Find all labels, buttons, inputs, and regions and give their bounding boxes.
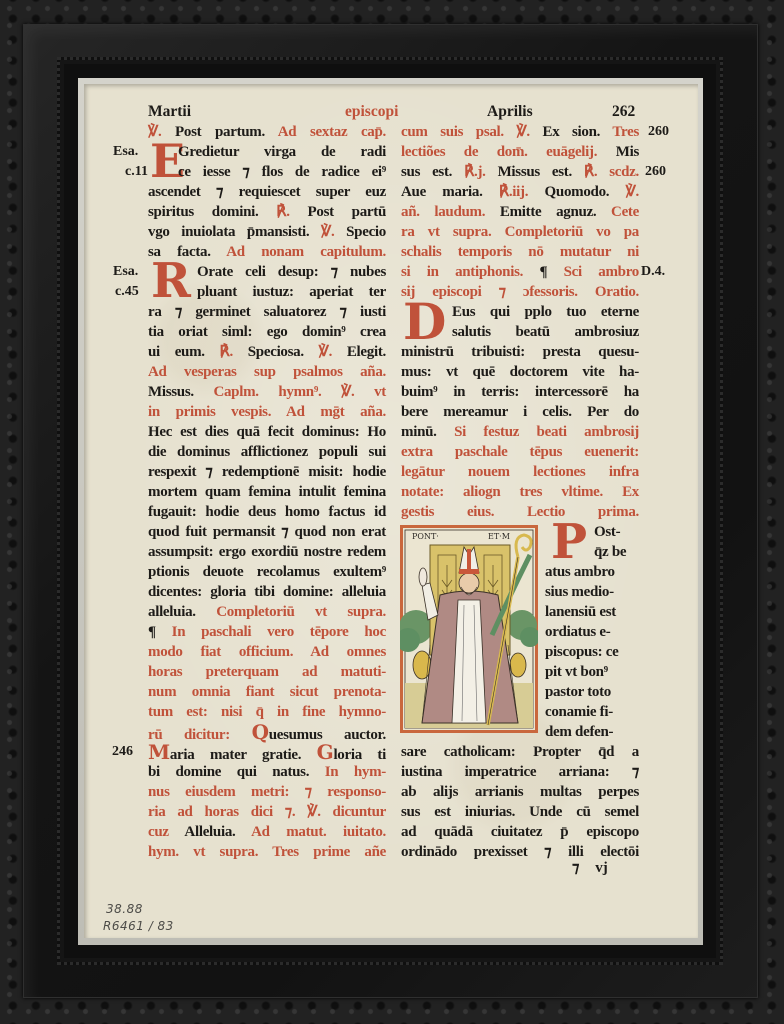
body-text: Specio [346, 224, 386, 240]
body-text: pluant iustuz: aperiat ter [197, 284, 386, 300]
body-text: mus: vt quē doctorem vite ha- [401, 364, 639, 380]
text-line: Orate celi desup: ⁊ nubes [197, 262, 386, 282]
rubric-text: Ad vesperas sup psalmos aña. [148, 364, 386, 380]
rubric-text: Ad matut. iuitato. [251, 824, 386, 840]
body-text: lanensiū est [545, 604, 616, 620]
rubric-text: Si festuz beati ambrosij [454, 424, 639, 440]
body-text: ordiatus e- [545, 624, 610, 640]
body-text: Gredietur virga de radi [178, 144, 386, 160]
text-line: bi domine qui natus. In hym- [148, 762, 386, 782]
rubricated-initial: G [317, 740, 334, 764]
body-text: Missus est. [498, 164, 584, 180]
body-text: sare catholicam: Propter q̄d a [401, 744, 639, 760]
body-text: alleluia. [148, 604, 216, 620]
body-text: ministrū tribuisti: presta quesu- [401, 344, 639, 360]
body-text: bere mereamur i celis. Per do [401, 404, 639, 420]
rubric-text: ℟.j. [464, 164, 498, 180]
text-line: ra vt supra. Completoriū vo pa [401, 222, 639, 242]
rubric-text: ria ad horas dici ⁊. ℣. dicuntur [148, 804, 386, 820]
text-line: extra paschale tēpus euenerit: [401, 442, 639, 462]
body-text: q̄z be [594, 544, 626, 560]
text-line: atus ambro [545, 562, 639, 582]
body-text: sa facta. [148, 244, 226, 260]
body-text: Emitte agnuz. [500, 204, 611, 220]
body-text: buim⁹ in terris: intercessorē ha [401, 384, 639, 400]
body-text: bi domine qui natus. [148, 764, 325, 780]
rubric-text: cum suis psal. ℣. [401, 124, 542, 140]
body-text: Ex sion. [542, 124, 612, 140]
text-line: bere mereamur i celis. Per do [401, 402, 639, 422]
text-line: Maria mater gratie. Gloria ti [148, 742, 386, 762]
text-line: notate: aliogn tres vltime. Ex [401, 482, 639, 502]
rubric-text: schalis temporis nō mutatur ni [401, 244, 639, 260]
text-line: lectiões de dom̄. euāgelij. Mis [401, 142, 639, 162]
rubric-text: añ. laudum. [401, 204, 500, 220]
text-line: iustina imperatrice arriana: ⁊ [401, 762, 639, 782]
body-text: Speciosa. [248, 344, 319, 360]
text-line: salutis beatū ambrosiuz [452, 322, 639, 342]
text-line: respexit ⁊ redemptionē misit: hodie [148, 462, 386, 482]
body-text: atus ambro [545, 564, 615, 580]
body-text: Hec est dies quā fecit dominus: Ho [148, 424, 386, 440]
rubric-text: In hym- [325, 764, 386, 780]
body-text: iustina imperatrice arriana: ⁊ [401, 764, 639, 780]
text-line: assumpsit: ergo exordiū nostre redem [148, 542, 386, 562]
body-text: ui eum. [148, 344, 220, 360]
body-text: ab alijs arrianis multas perpes [401, 784, 639, 800]
body-text: Post partū [308, 204, 386, 220]
body-text: dem defen- [545, 724, 613, 740]
text-line: Ost- [594, 522, 639, 542]
margin-note: c.45 [115, 282, 139, 302]
rubricated-initial: Q [252, 720, 269, 744]
text-line: sius medio- [545, 582, 639, 602]
body-text: pit vt bon⁹ [545, 664, 608, 680]
body-text: ce iesse ⁊ flos de radice ei⁹ [178, 164, 386, 180]
rubric-text: ℣. [319, 344, 347, 360]
rubric-text: cuz [148, 824, 184, 840]
text-line: spiritus domini. ℟. Post partū [148, 202, 386, 222]
text-line: quod fuit permansit ⁊ quod non erat [148, 522, 386, 542]
margin-note: Esa. [113, 262, 138, 282]
body-text: sus est. [401, 164, 464, 180]
text-line: mus: vt quē doctorem vite ha- [401, 362, 639, 382]
rubric-text: extra paschale tēpus euenerit: [401, 444, 639, 460]
rubric-text: ℣. [148, 124, 175, 140]
text-line: ad quādā ciuitatez p̄ episcopo [401, 822, 639, 842]
header-title: episcopi [345, 102, 398, 122]
text-line: ui eum. ℟. Speciosa. ℣. Elegit. [148, 342, 386, 362]
body-text: sius medio- [545, 584, 614, 600]
margin-note: 260 [648, 122, 669, 142]
margin-note: 246 [112, 742, 133, 762]
text-line: conamie fi- [545, 702, 639, 722]
rubric-text: tum est: nisi q̄ in fine hymno- [148, 704, 386, 720]
text-line: horas preterquam ad matuti- [148, 662, 386, 682]
body-text: ascendet ⁊ requiescet super euz [148, 184, 386, 200]
text-line: alleluia. Completoriū vt supra. [148, 602, 386, 622]
text-line: fugauit: hodie deus homo factus id [148, 502, 386, 522]
text-line: sus est iniurias. Unde cū semel [401, 802, 639, 822]
rubric-text: in primis vespis. Ad mḡt aña. [148, 404, 386, 420]
text-line: rū dicitur: Quesumus auctor. [148, 722, 386, 742]
rubric-text: legātur nouem lectiones infra [401, 464, 639, 480]
body-text: pastor toto [545, 684, 611, 700]
text-line: Eus qui pplo tuo eterne [452, 302, 639, 322]
rubric-text: Sci ambro [564, 264, 639, 280]
body-text: vgo inuiolata p̄mansisti. [148, 224, 321, 240]
text-line: añ. laudum. Emitte agnuz. Cete [401, 202, 639, 222]
text-line: sus est. ℟.j. Missus est. ℟. scdz. [401, 162, 639, 182]
text-line: q̄z be [594, 542, 639, 562]
text-line: dem defen- [545, 722, 639, 742]
rubric-text: Tres [612, 124, 639, 140]
rubricated-initial: M [148, 740, 170, 764]
rubric-text: Lectio prima. [527, 504, 639, 520]
header-month-left: Martii [148, 102, 191, 122]
body-text: piscopus: ce [545, 644, 619, 660]
body-text: Elegit. [347, 344, 386, 360]
header-month-right: Aprilis [487, 102, 533, 122]
text-line: ab alijs arrianis multas perpes [401, 782, 639, 802]
text-line: lanensiū est [545, 602, 639, 622]
rubric-text: notate: aliogn tres vltime. Ex [401, 484, 639, 500]
body-text: Missus. [148, 384, 213, 400]
body-text: Alleluia. [184, 824, 251, 840]
text-line: pit vt bon⁹ [545, 662, 639, 682]
rubric-text: In paschali vero tēpore hoc [172, 624, 386, 640]
woodcut-illustration-bishop: PONT· ET·M [400, 525, 538, 733]
text-line: dicentes: gloria tibi domine: alleluia [148, 582, 386, 602]
pencil-reference-number: R6461 / 83 [103, 919, 174, 933]
body-text: Ost- [594, 524, 620, 540]
body-text: ptionis deuote recolamus exultem⁹ [148, 564, 386, 580]
text-line: Aue maria. ℟.iij. Quomodo. ℣. [401, 182, 639, 202]
rubric-text: sij episcopi ⁊ ɔfessoris. Oratio. [401, 284, 639, 300]
text-line: ℣. Post partum. Ad sextaz cap̄. [148, 122, 386, 142]
text-line: sij episcopi ⁊ ɔfessoris. Oratio. [401, 282, 639, 302]
rubric-text: Completoriū vt supra. [216, 604, 386, 620]
body-text: aria mater gratie. [170, 747, 317, 763]
text-line: gestis eius. Lectio prima. [401, 502, 639, 522]
text-line: ordiatus e- [545, 622, 639, 642]
text-line: ministrū tribuisti: presta quesu- [401, 342, 639, 362]
body-text: tia oriat siml: ego domin⁹ crea [148, 324, 386, 340]
text-line: ria ad horas dici ⁊. ℣. dicuntur [148, 802, 386, 822]
text-line: mortem quam femina intulit femina [148, 482, 386, 502]
body-text: Aue maria. [401, 184, 499, 200]
body-text: assumpsit: ergo exordiū nostre redem [148, 544, 386, 560]
body-text: die dominus afflictionez populi sui [148, 444, 386, 460]
body-text: spiritus domini. [148, 204, 276, 220]
body-text: ra ⁊ germinet saluatorez ⁊ iusti [148, 304, 386, 320]
rubric-text: ℟. [276, 204, 307, 220]
body-text: Quomodo. [545, 184, 626, 200]
rubric-text: modo fiat officium. Ad omnes [148, 644, 386, 660]
rubric-text: horas preterquam ad matuti- [148, 664, 386, 680]
margin-note: c.11 [125, 162, 148, 182]
text-line: ¶ In paschali vero tēpore hoc [148, 622, 386, 642]
margin-note: Esa. [113, 142, 138, 162]
left-text-column: ℣. Post partum. Ad sextaz cap̄.Gredietur… [148, 122, 386, 862]
text-line: Hec est dies quā fecit dominus: Ho [148, 422, 386, 442]
text-line: die dominus afflictionez populi sui [148, 442, 386, 462]
text-line: ce iesse ⁊ flos de radice ei⁹ [178, 162, 386, 182]
rubric-text: ra vt supra. Completoriū vo pa [401, 224, 639, 240]
woodcut-inscription-left: PONT· [412, 532, 439, 541]
body-text: quod fuit permansit ⁊ quod non erat [148, 524, 386, 540]
body-text: dicentes: gloria tibi domine: alleluia [148, 584, 386, 600]
rubric-text: Ad nonam capitulum. [226, 244, 386, 260]
right-text-column: cum suis psal. ℣. Ex sion. Treslectiões … [401, 122, 639, 862]
body-text: conamie fi- [545, 704, 613, 720]
rubric-text: ℣. [321, 224, 346, 240]
margin-note: D.4. [641, 262, 665, 282]
text-line: piscopus: ce [545, 642, 639, 662]
text-line: sa facta. Ad nonam capitulum. [148, 242, 386, 262]
text-line: cuz Alleluia. Ad matut. iuitato. [148, 822, 386, 842]
body-text: ¶ [539, 264, 563, 280]
text-line: schalis temporis nō mutatur ni [401, 242, 639, 262]
text-line: in primis vespis. Ad mḡt aña. [148, 402, 386, 422]
rubric-text: Caplm. hymn⁹. ℣. vt [213, 384, 386, 400]
body-text: fugauit: hodie deus homo factus id [148, 504, 386, 520]
rubric-text: ℟. scdz. [584, 164, 639, 180]
text-line: pastor toto [545, 682, 639, 702]
rubric-text: lectiões de dom̄. euāgelij. [401, 144, 616, 160]
text-line: num omnia fiant sicut prenota- [148, 682, 386, 702]
text-line: sare catholicam: Propter q̄d a [401, 742, 639, 762]
text-line: si in antiphonis. ¶ Sci ambro [401, 262, 639, 282]
text-line: Gredietur virga de radi [178, 142, 386, 162]
body-text: Eus qui pplo tuo eterne [452, 304, 639, 320]
rubric-text: si in antiphonis. [401, 264, 539, 280]
pencil-accession-number: 38.88 [106, 902, 143, 916]
body-text: Post partum. [175, 124, 278, 140]
body-text: respexit ⁊ redemptionē misit: hodie [148, 464, 386, 480]
body-text: Mis [616, 144, 639, 160]
text-line: ra ⁊ germinet saluatorez ⁊ iusti [148, 302, 386, 322]
rubric-text: num omnia fiant sicut prenota- [148, 684, 386, 700]
text-line: buim⁹ in terris: intercessorē ha [401, 382, 639, 402]
body-text: ad quādā ciuitatez p̄ episcopo [401, 824, 639, 840]
text-line: legātur nouem lectiones infra [401, 462, 639, 482]
signature-mark: ⁊ vj [572, 858, 608, 878]
rubric-text: hym. vt supra. Tres prime añe [148, 844, 386, 860]
text-line: minū. Si festuz beati ambrosij [401, 422, 639, 442]
rubric-text: Ad sextaz cap̄. [278, 124, 386, 140]
margin-note: 260 [645, 162, 666, 182]
body-text: sus est iniurias. Unde cū semel [401, 804, 639, 820]
folio-number: 262 [612, 102, 635, 122]
body-text: minū. [401, 424, 454, 440]
text-line: tum est: nisi q̄ in fine hymno- [148, 702, 386, 722]
body-text: salutis beatū ambrosiuz [452, 324, 639, 340]
rubric-text: Cete [611, 204, 639, 220]
rubric-text: ℟. [220, 344, 248, 360]
rubric-text: ℟.iij. [499, 184, 545, 200]
woodcut-inscription-right: ET·M [488, 532, 510, 541]
rubric-text: gestis eius. [401, 504, 527, 520]
rubric-text: ℣. [626, 184, 639, 200]
text-line: hym. vt supra. Tres prime añe [148, 842, 386, 862]
text-line: tia oriat siml: ego domin⁹ crea [148, 322, 386, 342]
body-text: Orate celi desup: ⁊ nubes [197, 264, 386, 280]
text-line: ascendet ⁊ requiescet super euz [148, 182, 386, 202]
rubric-text: nus eiusdem metri: ⁊ responso- [148, 784, 386, 800]
text-line: ptionis deuote recolamus exultem⁹ [148, 562, 386, 582]
body-text: mortem quam femina intulit femina [148, 484, 386, 500]
text-line: cum suis psal. ℣. Ex sion. Tres [401, 122, 639, 142]
text-line: Missus. Caplm. hymn⁹. ℣. vt [148, 382, 386, 402]
text-line: Ad vesperas sup psalmos aña. [148, 362, 386, 382]
text-line: modo fiat officium. Ad omnes [148, 642, 386, 662]
text-line: pluant iustuz: aperiat ter [197, 282, 386, 302]
text-line: nus eiusdem metri: ⁊ responso- [148, 782, 386, 802]
body-text: ¶ [148, 624, 172, 640]
body-text: loria ti [333, 747, 386, 763]
text-line: vgo inuiolata p̄mansisti. ℣. Specio [148, 222, 386, 242]
